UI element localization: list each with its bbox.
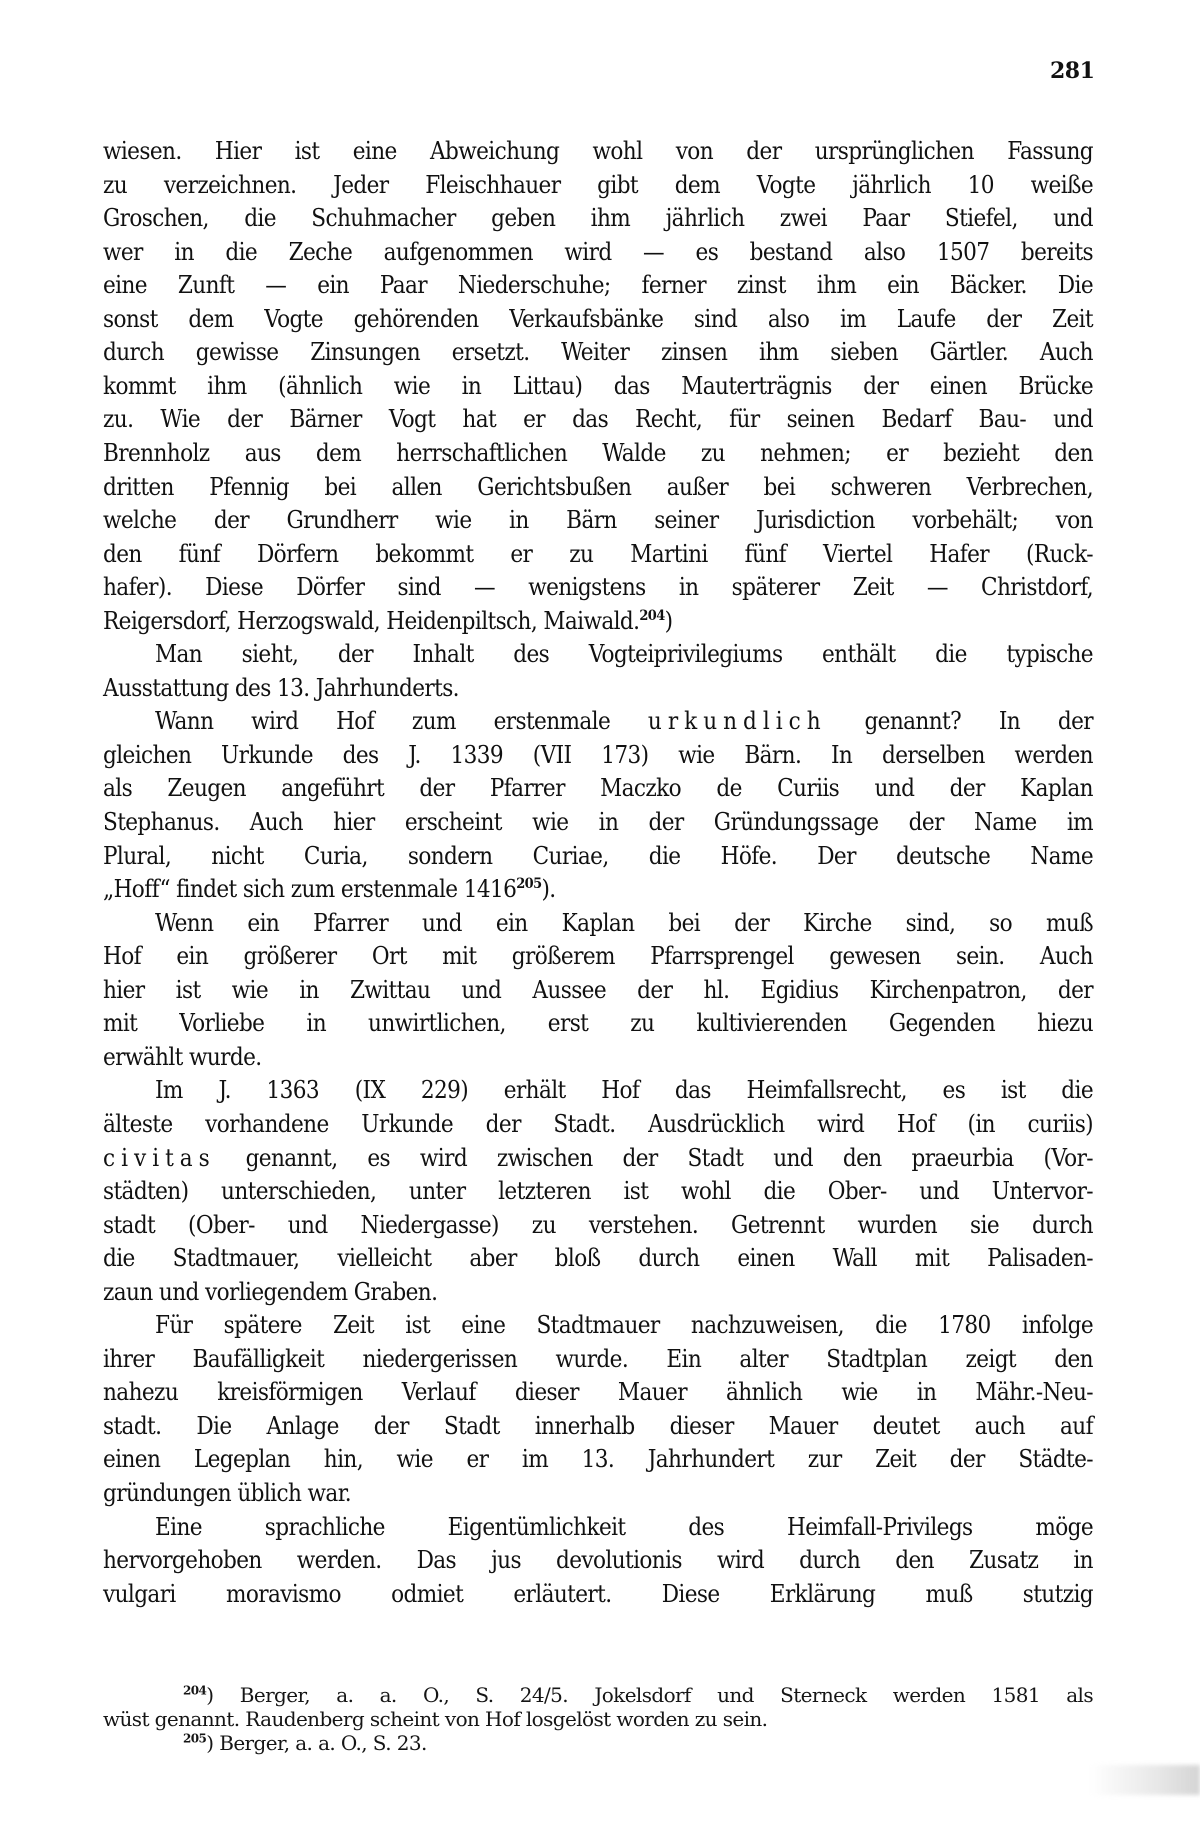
text-line: zaun und vorliegendem Graben. [103, 1277, 1093, 1307]
text-line: städten) unterschieden, unter letzteren … [103, 1176, 1093, 1206]
text-line: zu verzeichnen. Jeder Fleischhauer gibt … [103, 170, 1093, 200]
text-line: wer in die Zeche aufgenommen wird — es b… [103, 237, 1093, 267]
text-line: Groschen, die Schuhmacher geben ihm jähr… [103, 203, 1093, 233]
text-line: nahezu kreisförmigen Verlauf dieser Maue… [103, 1377, 1093, 1407]
page-number: 281 [1050, 58, 1094, 84]
text-line: einen Legeplan hin, wie er im 13. Jahrhu… [103, 1444, 1093, 1474]
text-line: hervorgehoben werden. Das jus devolution… [103, 1545, 1093, 1575]
text-line: Brennholz aus dem herrschaftlichen Walde… [103, 438, 1093, 468]
footnote-line: 204) Berger, a. a. O., S. 24/5. Jokelsdo… [103, 1684, 1093, 1706]
text-line: hier ist wie in Zwittau und Aussee der h… [103, 975, 1093, 1005]
text-line: welche der Grundherr wie in Bärn seiner … [103, 505, 1093, 535]
footnote-marker: 205 [183, 1731, 206, 1745]
text-line: erwählt wurde. [103, 1042, 1093, 1072]
text-line: civitas genannt, es wird zwischen der St… [103, 1143, 1093, 1173]
text-line: wiesen. Hier ist eine Abweichung wohl vo… [103, 136, 1093, 166]
text-line: Eine sprachliche Eigentümlichkeit des He… [103, 1512, 1093, 1542]
footnote-reference: 204 [639, 607, 664, 624]
text-line: stadt (Ober- und Niedergasse) zu versteh… [103, 1210, 1093, 1240]
text-line: „Hoff“ findet sich zum erstenmale 141620… [103, 874, 1093, 904]
text-line: eine Zunft — ein Paar Niederschuhe; fern… [103, 270, 1093, 300]
text-line: Man sieht, der Inhalt des Vogteiprivileg… [103, 639, 1093, 669]
text-line: sonst dem Vogte gehörenden Verkaufsbänke… [103, 304, 1093, 334]
footnote-line: 205) Berger, a. a. O., S. 23. [103, 1732, 1093, 1754]
text-line: zu. Wie der Bärner Vogt hat er das Recht… [103, 404, 1093, 434]
text-line: Hof ein größerer Ort mit größerem Pfarrs… [103, 941, 1093, 971]
text-line: Plural, nicht Curia, sondern Curiae, die… [103, 841, 1093, 871]
text-line: die Stadtmauer, vielleicht aber bloß dur… [103, 1243, 1093, 1273]
text-line: ihrer Baufälligkeit niedergerissen wurde… [103, 1344, 1093, 1374]
text-line: vulgari moravismo odmiet erläutert. Dies… [103, 1579, 1093, 1609]
emphasized-word: urkundlich [648, 707, 827, 735]
text-line: Reigersdorf, Herzogswald, Heidenpiltsch,… [103, 606, 1093, 636]
emphasized-word: civitas [103, 1144, 216, 1172]
text-line: mit Vorliebe in unwirtlichen, erst zu ku… [103, 1008, 1093, 1038]
text-line: Wenn ein Pfarrer und ein Kaplan bei der … [103, 908, 1093, 938]
scan-artifact [1090, 1765, 1200, 1795]
text-line: Für spätere Zeit ist eine Stadtmauer nac… [103, 1310, 1093, 1340]
footnote-reference: 205 [516, 875, 541, 892]
text-line: Wann wird Hof zum erstenmale urkundlich … [103, 706, 1093, 736]
text-line: den fünf Dörfern bekommt er zu Martini f… [103, 539, 1093, 569]
text-line: gleichen Urkunde des J. 1339 (VII 173) w… [103, 740, 1093, 770]
text-line: Stephanus. Auch hier erscheint wie in de… [103, 807, 1093, 837]
text-line: hafer). Diese Dörfer sind — wenigstens i… [103, 572, 1093, 602]
text-line: kommt ihm (ähnlich wie in Littau) das Ma… [103, 371, 1093, 401]
text-line: stadt. Die Anlage der Stadt innerhalb di… [103, 1411, 1093, 1441]
footnote-marker: 204 [183, 1683, 206, 1697]
text-line: Ausstattung des 13. Jahrhunderts. [103, 673, 1093, 703]
text-line: älteste vorhandene Urkunde der Stadt. Au… [103, 1109, 1093, 1139]
text-line: Im J. 1363 (IX 229) erhält Hof das Heimf… [103, 1075, 1093, 1105]
text-line: dritten Pfennig bei allen Gerichtsbußen … [103, 472, 1093, 502]
text-line: als Zeugen angeführt der Pfarrer Maczko … [103, 773, 1093, 803]
footnote-line: wüst genannt. Raudenberg scheint von Hof… [103, 1708, 1093, 1730]
text-line: durch gewisse Zinsungen ersetzt. Weiter … [103, 337, 1093, 367]
text-line: gründungen üblich war. [103, 1478, 1093, 1508]
document-page: 281 wiesen. Hier ist eine Abweichung woh… [0, 0, 1200, 1829]
